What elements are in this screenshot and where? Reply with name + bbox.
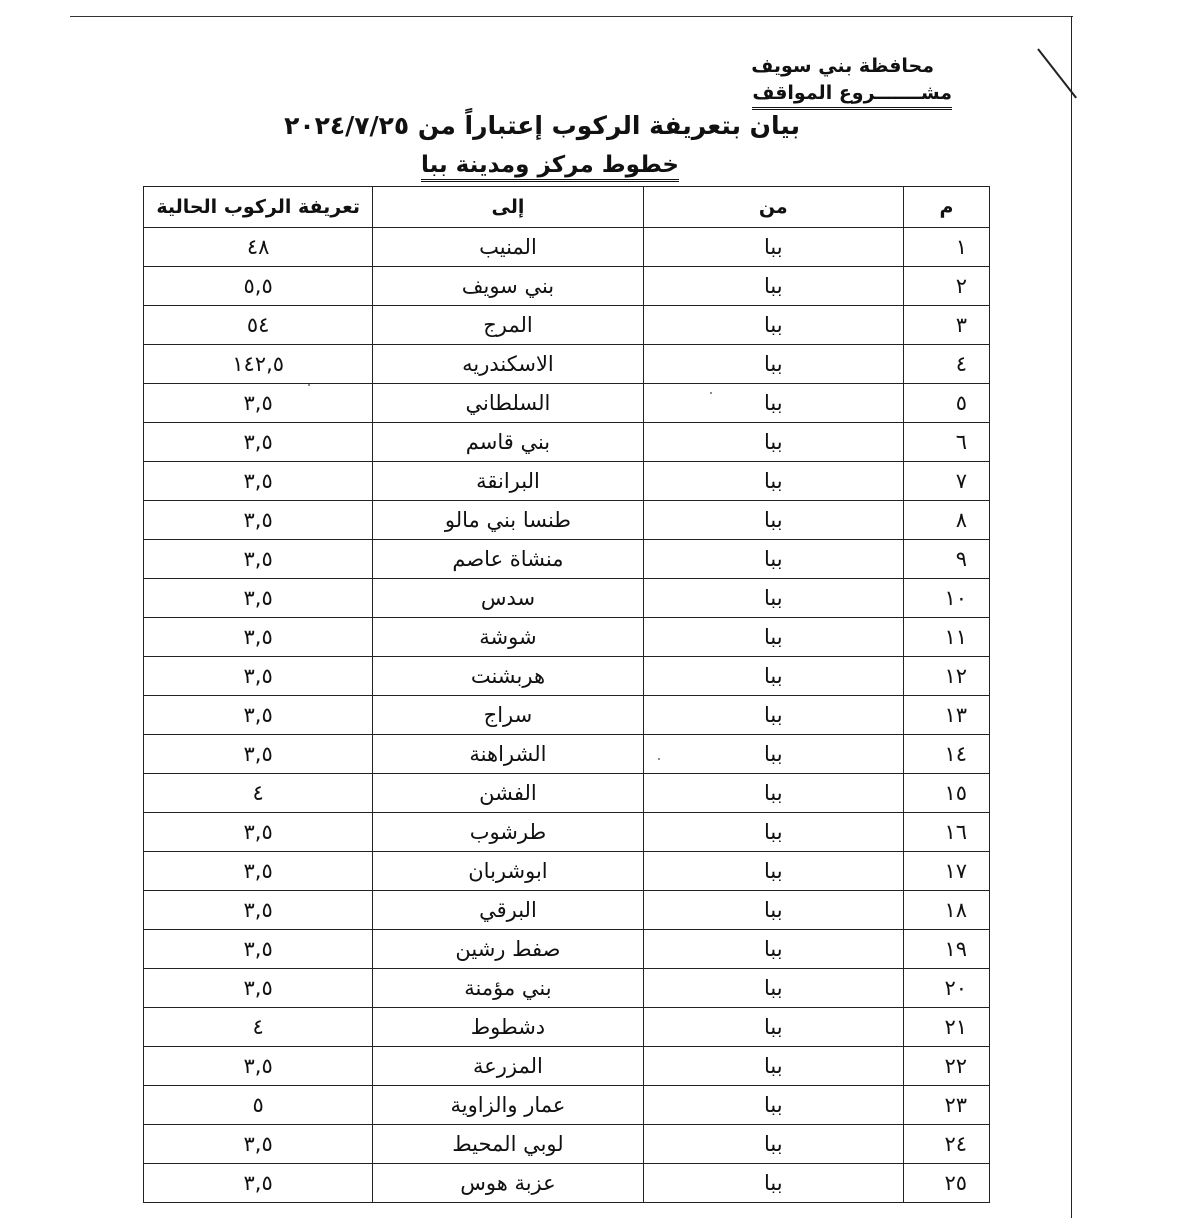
fare-cell: ٣,٥ bbox=[144, 1164, 373, 1203]
row-number: ٥ bbox=[903, 384, 989, 423]
subtitle-text: خطوط مركز ومدينة ببا bbox=[421, 152, 679, 182]
fare-cell: ٤٨ bbox=[144, 228, 373, 267]
destination-cell: منشاة عاصم bbox=[373, 540, 643, 579]
table-row: ١٨بباالبرقي٣,٥ bbox=[144, 891, 990, 930]
project-name: مشـــــــروع المواقف bbox=[752, 80, 952, 110]
table-row: ٢٠ببابني مؤمنة٣,٥ bbox=[144, 969, 990, 1008]
origin-cell: ببا bbox=[643, 891, 903, 930]
fare-cell: ٤ bbox=[144, 774, 373, 813]
table-row: ٢٣بباعمار والزاوية٥ bbox=[144, 1086, 990, 1125]
origin-cell: ببا bbox=[643, 774, 903, 813]
row-number: ١١ bbox=[903, 618, 989, 657]
destination-cell: ابوشربان bbox=[373, 852, 643, 891]
table-row: ٨بباطنسا بني مالو٣,٥ bbox=[144, 501, 990, 540]
origin-cell: ببا bbox=[643, 384, 903, 423]
fare-table: م من إلى تعريفة الركوب الحالية ١بباالمني… bbox=[143, 186, 990, 1203]
fare-cell: ٣,٥ bbox=[144, 462, 373, 501]
row-number: ١٨ bbox=[903, 891, 989, 930]
origin-cell: ببا bbox=[643, 930, 903, 969]
origin-cell: ببا bbox=[643, 657, 903, 696]
document-header: محافظة بني سويف مشـــــــروع المواقف bbox=[751, 52, 952, 110]
destination-cell: طرشوب bbox=[373, 813, 643, 852]
governorate-name: محافظة بني سويف bbox=[751, 52, 934, 80]
destination-cell: سراج bbox=[373, 696, 643, 735]
destination-cell: البرانقة bbox=[373, 462, 643, 501]
table-row: ١٢بباهربشنت٣,٥ bbox=[144, 657, 990, 696]
destination-cell: شوشة bbox=[373, 618, 643, 657]
destination-cell: سدس bbox=[373, 579, 643, 618]
row-number: ٩ bbox=[903, 540, 989, 579]
table-row: ١٧بباابوشربان٣,٥ bbox=[144, 852, 990, 891]
row-number: ١٣ bbox=[903, 696, 989, 735]
destination-cell: البرقي bbox=[373, 891, 643, 930]
page-border-top bbox=[70, 16, 1073, 17]
row-number: ١٧ bbox=[903, 852, 989, 891]
row-number: ١٦ bbox=[903, 813, 989, 852]
origin-cell: ببا bbox=[643, 852, 903, 891]
origin-cell: ببا bbox=[643, 462, 903, 501]
origin-cell: ببا bbox=[643, 696, 903, 735]
origin-cell: ببا bbox=[643, 813, 903, 852]
column-header-to: إلى bbox=[373, 187, 643, 228]
fare-cell: ٣,٥ bbox=[144, 501, 373, 540]
column-header-from: من bbox=[643, 187, 903, 228]
table-row: ٢٥بباعزبة هوس٣,٥ bbox=[144, 1164, 990, 1203]
row-number: ٨ bbox=[903, 501, 989, 540]
row-number: ٢٣ bbox=[903, 1086, 989, 1125]
table-row: ٢٢بباالمزرعة٣,٥ bbox=[144, 1047, 990, 1086]
row-number: ٣ bbox=[903, 306, 989, 345]
column-header-num: م bbox=[903, 187, 989, 228]
origin-cell: ببا bbox=[643, 267, 903, 306]
fare-cell: ٣,٥ bbox=[144, 813, 373, 852]
destination-cell: بني قاسم bbox=[373, 423, 643, 462]
table-row: ٦ببابني قاسم٣,٥ bbox=[144, 423, 990, 462]
fare-cell: ٣,٥ bbox=[144, 618, 373, 657]
table-row: ٢٤ببالوبي المحيط٣,٥ bbox=[144, 1125, 990, 1164]
table-row: ١٩بباصفط رشين٣,٥ bbox=[144, 930, 990, 969]
destination-cell: المرج bbox=[373, 306, 643, 345]
document-subtitle: خطوط مركز ومدينة ببا bbox=[400, 148, 700, 182]
fare-cell: ٣,٥ bbox=[144, 1125, 373, 1164]
row-number: ٤ bbox=[903, 345, 989, 384]
origin-cell: ببا bbox=[643, 618, 903, 657]
origin-cell: ببا bbox=[643, 579, 903, 618]
table-row: ١بباالمنيب٤٨ bbox=[144, 228, 990, 267]
destination-cell: السلطاني bbox=[373, 384, 643, 423]
fare-cell: ٣,٥ bbox=[144, 696, 373, 735]
fare-cell: ٥,٥ bbox=[144, 267, 373, 306]
origin-cell: ببا bbox=[643, 540, 903, 579]
row-number: ٧ bbox=[903, 462, 989, 501]
table-row: ٩ببامنشاة عاصم٣,٥ bbox=[144, 540, 990, 579]
table-row: ١٣بباسراج٣,٥ bbox=[144, 696, 990, 735]
fare-cell: ٥ bbox=[144, 1086, 373, 1125]
origin-cell: ببا bbox=[643, 1047, 903, 1086]
destination-cell: صفط رشين bbox=[373, 930, 643, 969]
origin-cell: ببا bbox=[643, 1164, 903, 1203]
destination-cell: دشطوط bbox=[373, 1008, 643, 1047]
row-number: ١٠ bbox=[903, 579, 989, 618]
origin-cell: ببا bbox=[643, 969, 903, 1008]
origin-cell: ببا bbox=[643, 306, 903, 345]
table-row: ١٤بباالشراهنة٣,٥ bbox=[144, 735, 990, 774]
row-number: ٢٢ bbox=[903, 1047, 989, 1086]
row-number: ٢ bbox=[903, 267, 989, 306]
destination-cell: الشراهنة bbox=[373, 735, 643, 774]
origin-cell: ببا bbox=[643, 1086, 903, 1125]
table-row: ٥بباالسلطاني٣,٥ bbox=[144, 384, 990, 423]
origin-cell: ببا bbox=[643, 228, 903, 267]
fare-cell: ١٤٢,٥ bbox=[144, 345, 373, 384]
fare-cell: ٣,٥ bbox=[144, 852, 373, 891]
table-row: ١٠بباسدس٣,٥ bbox=[144, 579, 990, 618]
table-header-row: م من إلى تعريفة الركوب الحالية bbox=[144, 187, 990, 228]
row-number: ١٩ bbox=[903, 930, 989, 969]
fare-cell: ٣,٥ bbox=[144, 579, 373, 618]
destination-cell: المزرعة bbox=[373, 1047, 643, 1086]
origin-cell: ببا bbox=[643, 423, 903, 462]
fare-cell: ٣,٥ bbox=[144, 1047, 373, 1086]
row-number: ٢٥ bbox=[903, 1164, 989, 1203]
row-number: ٢١ bbox=[903, 1008, 989, 1047]
row-number: ٦ bbox=[903, 423, 989, 462]
column-header-fare: تعريفة الركوب الحالية bbox=[144, 187, 373, 228]
destination-cell: المنيب bbox=[373, 228, 643, 267]
fare-cell: ٣,٥ bbox=[144, 930, 373, 969]
table-row: ٢١ببادشطوط٤ bbox=[144, 1008, 990, 1047]
row-number: ١٤ bbox=[903, 735, 989, 774]
row-number: ٢٠ bbox=[903, 969, 989, 1008]
origin-cell: ببا bbox=[643, 345, 903, 384]
fare-table-body: ١بباالمنيب٤٨٢ببابني سويف٥,٥٣بباالمرج٥٤٤ب… bbox=[144, 228, 990, 1203]
fare-cell: ٣,٥ bbox=[144, 384, 373, 423]
row-number: ١ bbox=[903, 228, 989, 267]
document-title: بيان بتعريفة الركوب إعتباراً من ٢٠٢٤/٧/٢… bbox=[340, 108, 800, 144]
destination-cell: عزبة هوس bbox=[373, 1164, 643, 1203]
page-border-right bbox=[1071, 16, 1072, 1218]
table-row: ٧بباالبرانقة٣,٥ bbox=[144, 462, 990, 501]
origin-cell: ببا bbox=[643, 1125, 903, 1164]
table-row: ١١بباشوشة٣,٥ bbox=[144, 618, 990, 657]
row-number: ١٢ bbox=[903, 657, 989, 696]
origin-cell: ببا bbox=[643, 735, 903, 774]
row-number: ١٥ bbox=[903, 774, 989, 813]
destination-cell: بني سويف bbox=[373, 267, 643, 306]
destination-cell: عمار والزاوية bbox=[373, 1086, 643, 1125]
fare-cell: ٣,٥ bbox=[144, 735, 373, 774]
origin-cell: ببا bbox=[643, 1008, 903, 1047]
fare-cell: ٣,٥ bbox=[144, 891, 373, 930]
row-number: ٢٤ bbox=[903, 1125, 989, 1164]
table-row: ٣بباالمرج٥٤ bbox=[144, 306, 990, 345]
table-row: ٤بباالاسكندريه١٤٢,٥ bbox=[144, 345, 990, 384]
destination-cell: هربشنت bbox=[373, 657, 643, 696]
fare-cell: ٣,٥ bbox=[144, 540, 373, 579]
fare-cell: ٥٤ bbox=[144, 306, 373, 345]
destination-cell: لوبي المحيط bbox=[373, 1125, 643, 1164]
fare-cell: ٣,٥ bbox=[144, 657, 373, 696]
fare-cell: ٤ bbox=[144, 1008, 373, 1047]
fare-cell: ٣,٥ bbox=[144, 423, 373, 462]
fare-cell: ٣,٥ bbox=[144, 969, 373, 1008]
table-row: ١٦بباطرشوب٣,٥ bbox=[144, 813, 990, 852]
destination-cell: الاسكندريه bbox=[373, 345, 643, 384]
destination-cell: بني مؤمنة bbox=[373, 969, 643, 1008]
table-row: ١٥بباالفشن٤ bbox=[144, 774, 990, 813]
destination-cell: طنسا بني مالو bbox=[373, 501, 643, 540]
origin-cell: ببا bbox=[643, 501, 903, 540]
table-row: ٢ببابني سويف٥,٥ bbox=[144, 267, 990, 306]
destination-cell: الفشن bbox=[373, 774, 643, 813]
